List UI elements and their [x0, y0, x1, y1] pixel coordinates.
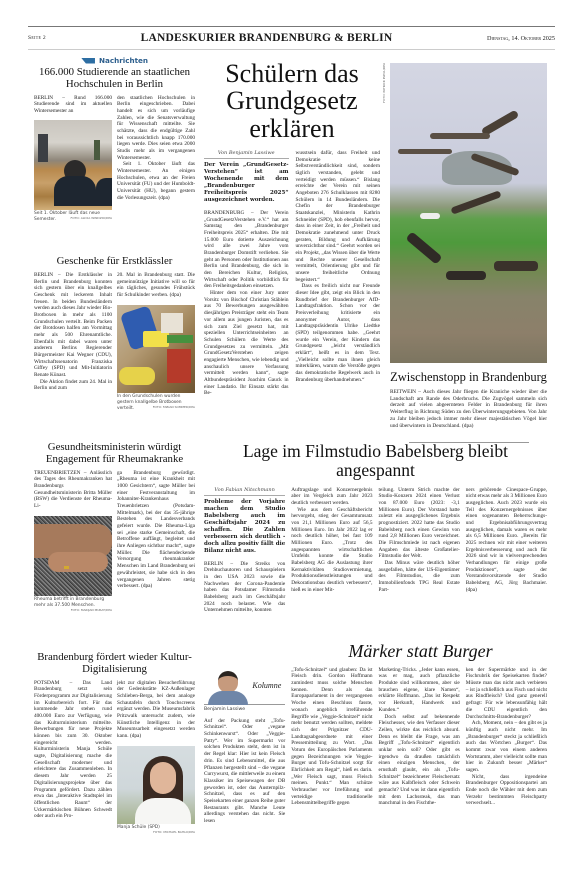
article-text: Wie aus dem Geschäftsbericht hervorgeht,…	[291, 507, 372, 594]
article-text: wusstsein dafür, dass Freiheit und Demok…	[296, 150, 381, 283]
hands-photo	[34, 516, 112, 596]
lead-paragraph: Der Verein „GrundGesetz-Verstehen“ ist a…	[204, 162, 289, 204]
photo-credit: Foto: Michael Bahlo/dpa	[153, 831, 195, 835]
article-rheuma: Gesundheitsministerin würdigt Engagement…	[34, 442, 195, 642]
author-avatar	[208, 669, 248, 705]
manja-schuele-portrait	[117, 746, 195, 824]
headline: 166.000 Studierende an staatlichen Hochs…	[34, 67, 195, 91]
article-text: TREUENBRIETZEN – Anlässlich des Tages de…	[34, 470, 112, 510]
article-text: Ach, Moment, nein – den gibt es ja künft…	[466, 720, 547, 773]
newspaper-title: LANDESKURIER BRANDENBURG & BERLIN	[141, 32, 393, 44]
article-text: den staatlichen Hochschulen in Berlin ei…	[117, 95, 195, 162]
headline: Zwischenstopp in Brandenburg	[390, 371, 547, 385]
headline: Märker statt Burger	[294, 642, 547, 662]
article-text: ken der Supermärkte und in der Fischrubr…	[466, 667, 547, 720]
article-text: Hinter dem von einer Jury unter Vorsitz …	[204, 290, 289, 397]
lead-paragraph: Probleme der Vorjahre machen dem Studio …	[204, 499, 285, 555]
article-text: 20. Mal in Brandenburg statt. Die gemein…	[117, 272, 195, 299]
byline: Von Fabian Nitschmann	[204, 487, 285, 496]
article-text: BERLIN – Rund 166.000 Studierende sind i…	[34, 95, 112, 115]
article-text: BRANDENBURG – Der Verein „GrundGesetzVer…	[204, 210, 289, 290]
article-text: BERLIN – Die Erstklässler in Berlin und …	[34, 272, 112, 379]
article-studierende: Nachrichten 166.000 Studierende an staat…	[34, 56, 195, 250]
article-text: Auftragslage und Konzernergebnis aber im…	[291, 487, 372, 507]
headline: Gesundheitsministerin würdigt Engagement…	[34, 442, 195, 466]
lunchbox-photo	[117, 305, 195, 393]
article-text: Die Aktion findet zum 24. Mal in Berlin …	[34, 379, 112, 392]
article-text: Marketing-Tricks. „Jeder kann essen, was…	[379, 667, 460, 714]
article-text: BERLIN – Die Streiks von Drehbuchautoren…	[204, 561, 285, 614]
article-kraniche: Foto: Patrick Pleul/dpa Zwischenstopp in…	[390, 63, 547, 442]
section-label: Nachrichten	[99, 56, 148, 65]
author-box: Kolumne	[204, 667, 285, 705]
cranes-photo	[390, 63, 547, 363]
left-column: Nachrichten 166.000 Studierende an staat…	[34, 56, 195, 835]
photo-credit: Foto: Alicia Windzio/dpa	[71, 217, 112, 221]
photo-caption: Rheuma betrifft in Brandenburg mehr als …	[34, 597, 112, 608]
lecture-hall-photo	[34, 120, 112, 210]
section-tag: Nachrichten	[34, 56, 195, 65]
article-grundgesetz: Schülern das Grundgesetz erklären Von Be…	[204, 60, 380, 397]
article-erstklaessler: Geschenke für Erstklässler BERLIN – Die …	[34, 256, 195, 434]
issue-date: Dienstag, 14. Oktober 2025	[487, 35, 555, 42]
headline: Schülern das Grundgesetz erklären	[204, 60, 380, 142]
article-text: Dass es freilich nicht nur Freunde diese…	[296, 283, 381, 383]
article-text: ners gehörende Cinespace-Gruppe, nicht e…	[466, 487, 547, 594]
article-babelsberg: Lage im Filmstudio Babelsberg bleibt ang…	[204, 442, 547, 614]
column-label: Kolumne	[252, 681, 281, 690]
photo-caption: Manja Schüle (SPD) Foto: Michael Bahlo/d…	[117, 825, 195, 831]
photo-credit: Foto: Fabian Sommer/dpa	[153, 406, 195, 410]
article-text: Nicht, dass irgendeine Brandenburger Opp…	[466, 774, 547, 807]
article-text: teilung. Unterm Strich machte der Studio…	[379, 487, 460, 560]
author-name: Benjamin Lassiwe	[204, 707, 285, 712]
article-text: „Tofu-Schnitzel“ und glauben: Da ist Fle…	[291, 667, 372, 807]
photo-credit: Foto: Marijan Murat/dpa	[71, 609, 112, 613]
article-text: ga Brandenburg gewürdigt. „Rheuma ist ei…	[117, 470, 195, 590]
article-kultur-digitalisierung: Brandenburg fördert wieder Kultur-Digita…	[34, 652, 195, 835]
masthead: Seite 2 LANDESKURIER BRANDENBURG & BERLI…	[28, 26, 555, 50]
section-flag-icon	[81, 58, 95, 64]
photo-caption: Seit 1. Oktober läuft das neue Semester.…	[34, 211, 112, 222]
headline: Lage im Filmstudio Babelsberg bleibt ang…	[204, 442, 547, 481]
article-text: Auf der Packung steht „Tofu-Schnitzel“. …	[204, 718, 285, 825]
photo-credit: Foto: Patrick Pleul/dpa	[382, 63, 386, 103]
article-text: POTSDAM – Das Land Brandenburg setzt sei…	[34, 680, 112, 820]
article-text: jekt zur digitalen Besucherführung der G…	[117, 680, 195, 740]
article-text: Das Minus wäre deutlich höher ausgefalle…	[379, 560, 460, 593]
byline: Von Benjamin Lassiwe	[204, 150, 289, 159]
article-text: REITWEIN – Auch dieses Jahr fliegen die …	[390, 389, 547, 430]
article-text: Seit 1. Oktober läuft das Wintersemester…	[117, 161, 195, 201]
page-number: Seite 2	[28, 35, 46, 41]
photo-caption: In den Grundschulen wurden gestern knall…	[117, 394, 195, 411]
article-kolumne: Märker statt Burger Kolumne Benjamin Las…	[204, 642, 547, 825]
headline: Geschenke für Erstklässler	[34, 256, 195, 268]
headline: Brandenburg fördert wieder Kultur-Digita…	[34, 652, 195, 676]
article-text: Doch selbst auf bekennende Fleischesser,…	[379, 714, 460, 807]
